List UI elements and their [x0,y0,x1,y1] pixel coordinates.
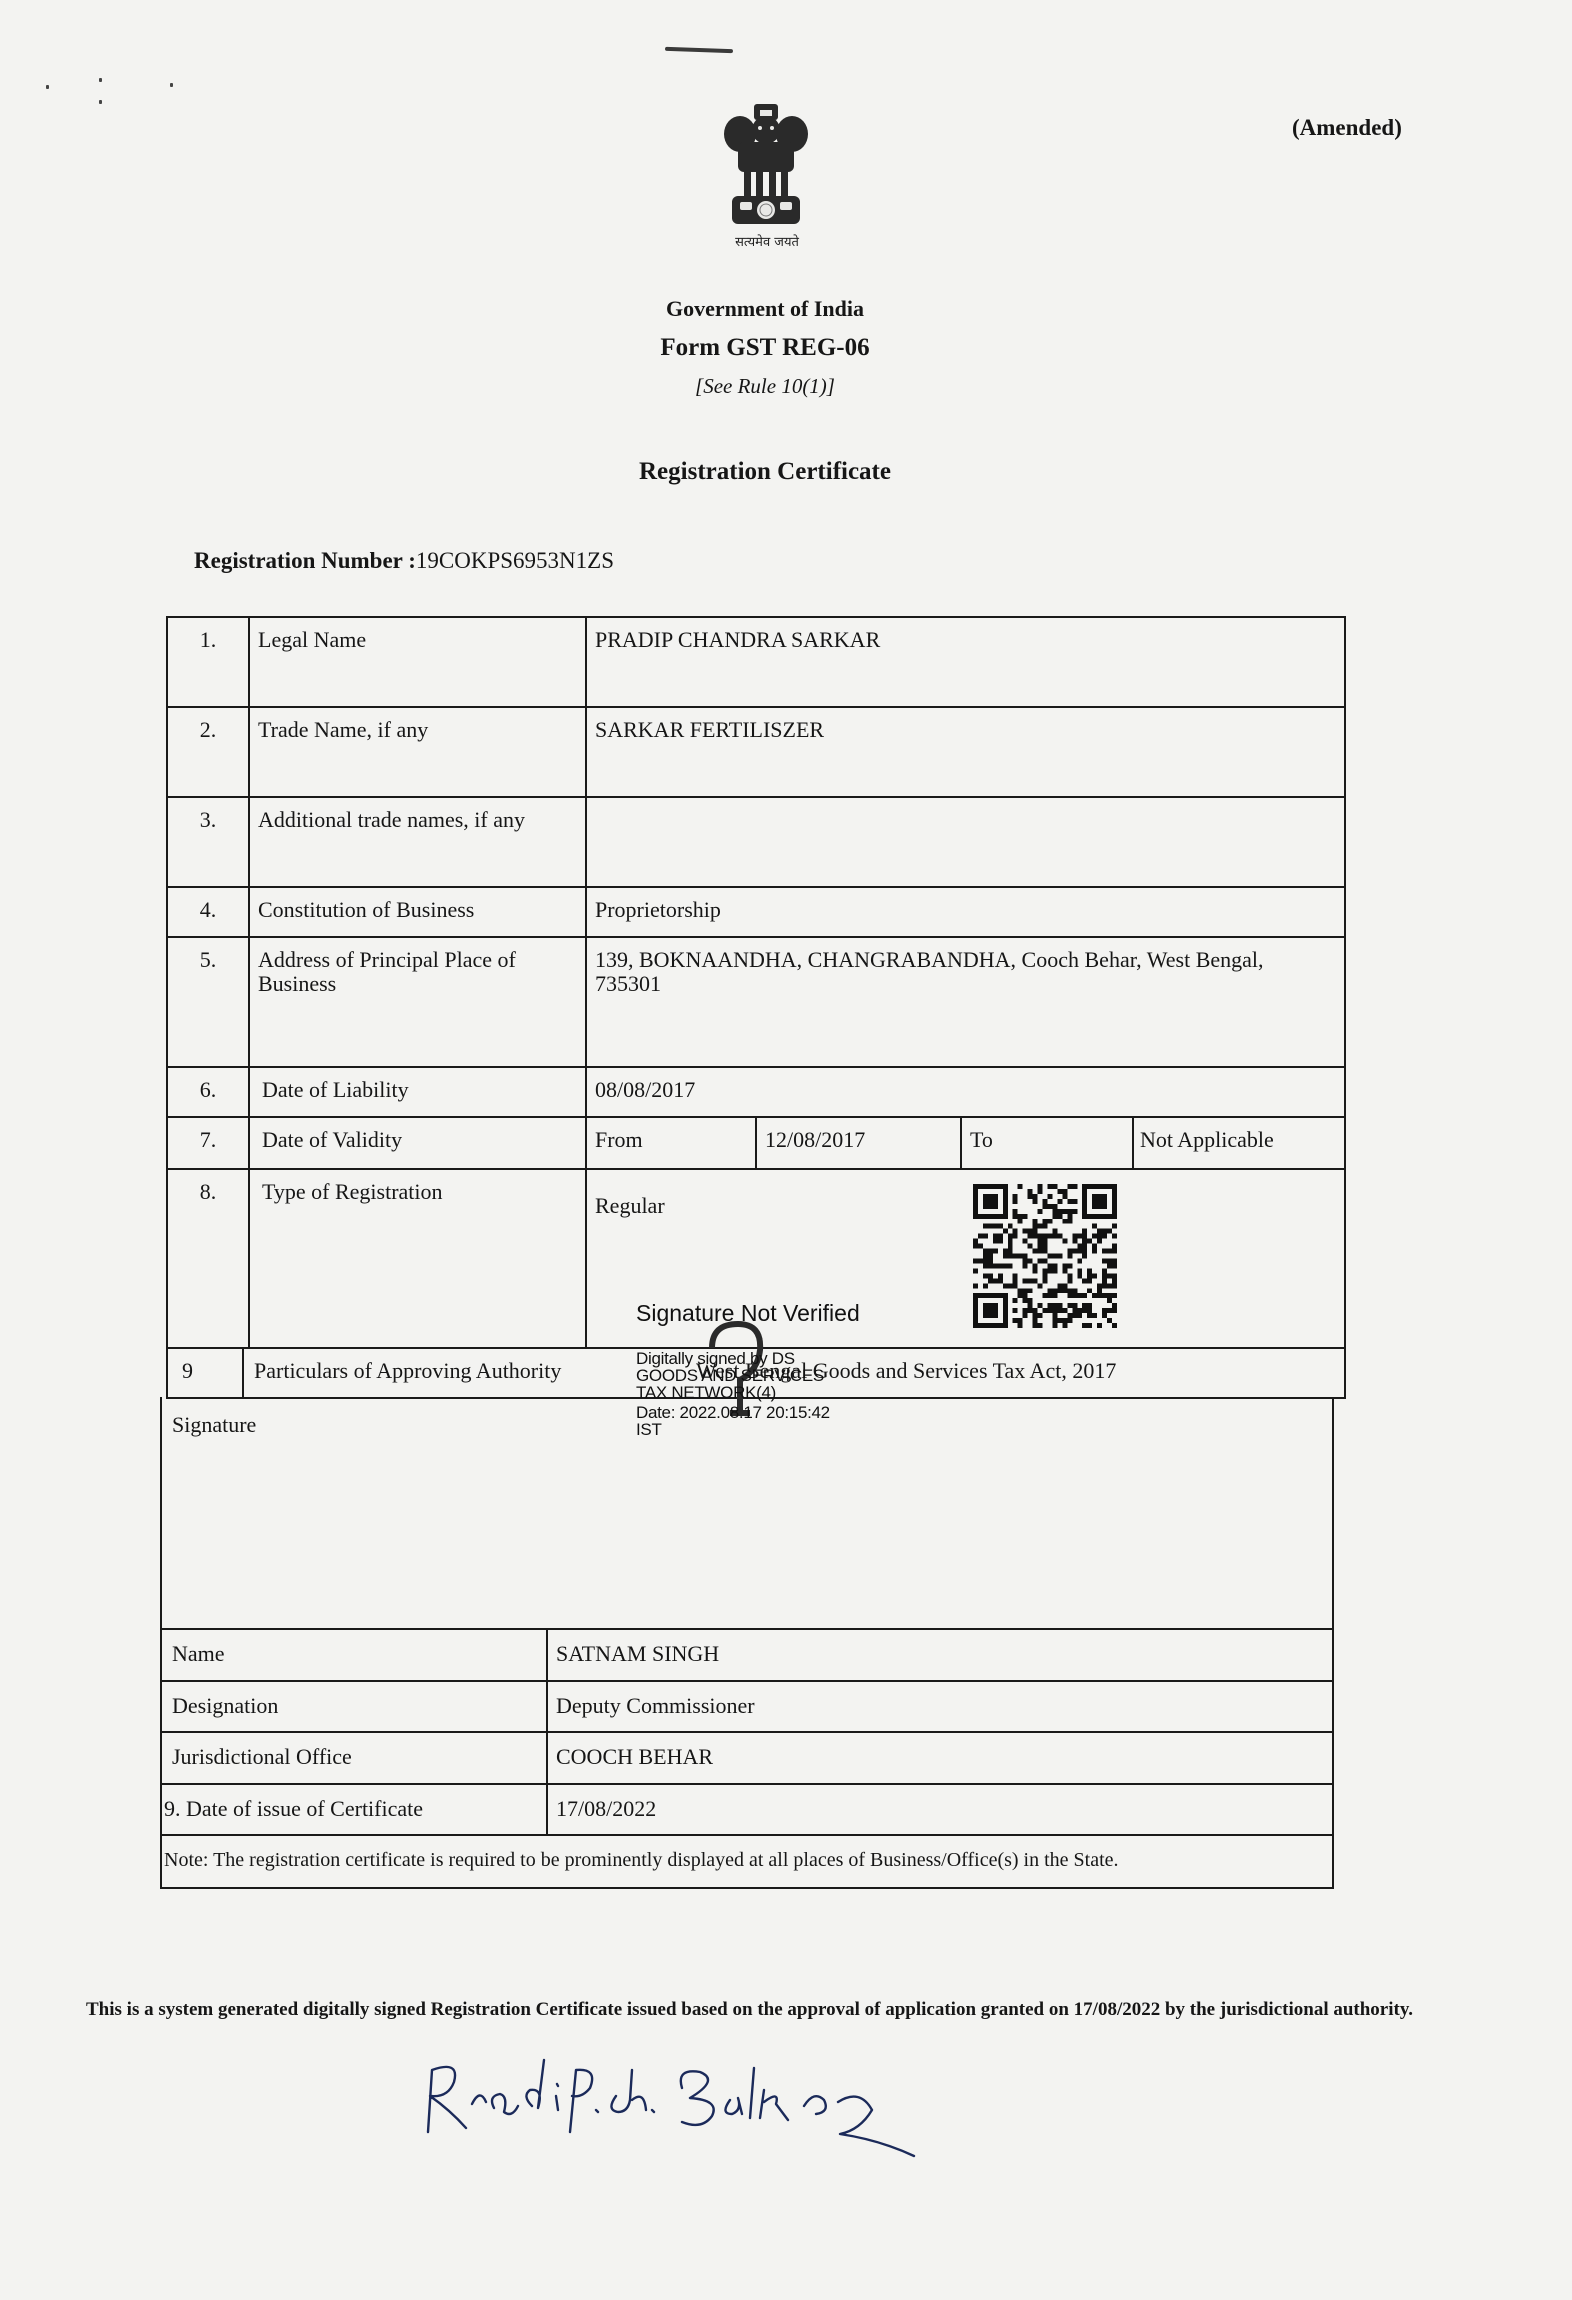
authority-value-jurisdictional-office: COOCH BEHAR [548,1735,1328,1779]
authority-note: Note: The registration certificate is re… [162,1838,1332,1882]
registration-number: Registration Number :19COKPS6953N1ZS [194,548,614,574]
field-value-additional-trade-names [587,798,1344,818]
field-value-date-of-liability: 08/08/2017 [587,1068,1344,1112]
signature-status: Signature Not Verified [636,1300,860,1327]
scan-mark-stroke [665,47,733,53]
scan-mark-dot [99,78,102,82]
scan-mark-dot [170,83,173,87]
details-table: 1. Legal Name PRADIP CHANDRA SARKAR 2. T… [166,616,1346,1399]
field-value-constitution: Proprietorship [587,888,1344,932]
registration-number-value: 19COKPS6953N1ZS [416,548,614,573]
national-emblem-icon [718,98,814,228]
footer-statement: This is a system generated digitally sig… [86,1995,1416,2025]
government-heading: Government of India [0,296,1530,322]
authority-value-designation: Deputy Commissioner [548,1684,1328,1728]
row-number: 7. [168,1118,248,1162]
digital-signature-details: Digitally signed by DS GOODS AND SERVICE… [636,1350,830,1438]
signature-label: Signature [162,1403,462,1447]
authority-value-date-of-issue: 17/08/2022 [548,1787,1328,1831]
field-value-type-of-registration: Regular [587,1184,987,1228]
row-number: 1. [168,618,248,662]
authority-table: Signature Name SATNAM SINGH Designation … [160,1397,1334,1889]
row-number: 3. [168,798,248,842]
row-number: 4. [168,888,248,932]
field-value-trade-name: SARKAR FERTILISZER [587,708,1344,752]
rule-reference: [See Rule 10(1)] [0,374,1530,399]
scan-mark-dot [46,85,49,89]
field-value-address: 139, BOKNAANDHA, CHANGRABANDHA, Cooch Be… [587,938,1317,1006]
digital-signature-line: TAX NETWORK(4) [636,1384,830,1401]
authority-label-name: Name [162,1632,546,1676]
emblem-motto: सत्यमेव जयते [700,232,834,250]
validity-from-label: From [587,1118,755,1162]
field-value-legal-name: PRADIP CHANDRA SARKAR [587,618,1344,662]
validity-from-value: 12/08/2017 [757,1118,960,1162]
document-title: Registration Certificate [0,458,1530,486]
row-number: 2. [168,708,248,752]
digital-signature-line: IST [636,1421,830,1438]
amended-label: (Amended) [1292,115,1402,141]
field-label-address: Address of Principal Place of Business [250,938,550,1006]
validity-to-label: To [962,1118,1132,1162]
qr-code-icon [973,1182,1117,1330]
scan-mark-dot [99,100,102,104]
digital-signature-line: Digitally signed by DS [636,1350,830,1367]
authority-label-jurisdictional-office: Jurisdictional Office [162,1735,546,1779]
row-number: 5. [168,938,248,982]
row-number: 8. [168,1170,248,1214]
handwritten-signature [420,2040,940,2160]
authority-value-name: SATNAM SINGH [548,1632,1328,1676]
field-label-legal-name: Legal Name [250,618,585,662]
digital-signature-line: GOODS AND SERVICES [636,1367,830,1384]
authority-label-date-of-issue: 9. Date of issue of Certificate [162,1787,546,1831]
field-label-type-of-registration: Type of Registration [254,1170,584,1214]
registration-number-label: Registration Number : [194,548,416,573]
field-label-trade-name: Trade Name, if any [250,708,585,752]
digital-signature-line: Date: 2022.08.17 20:15:42 [636,1404,830,1421]
field-label-constitution: Constitution of Business [250,888,585,932]
field-label-date-of-liability: Date of Liability [254,1068,584,1112]
field-label-additional-trade-names: Additional trade names, if any [250,798,585,842]
row-number: 9 [168,1349,248,1393]
authority-label-designation: Designation [162,1684,546,1728]
row-number: 6. [168,1068,248,1112]
field-label-date-of-validity: Date of Validity [254,1118,584,1162]
form-title: Form GST REG-06 [0,334,1530,362]
validity-to-value: Not Applicable [1132,1118,1344,1162]
field-label-approving-authority: Particulars of Approving Authority [250,1349,670,1393]
